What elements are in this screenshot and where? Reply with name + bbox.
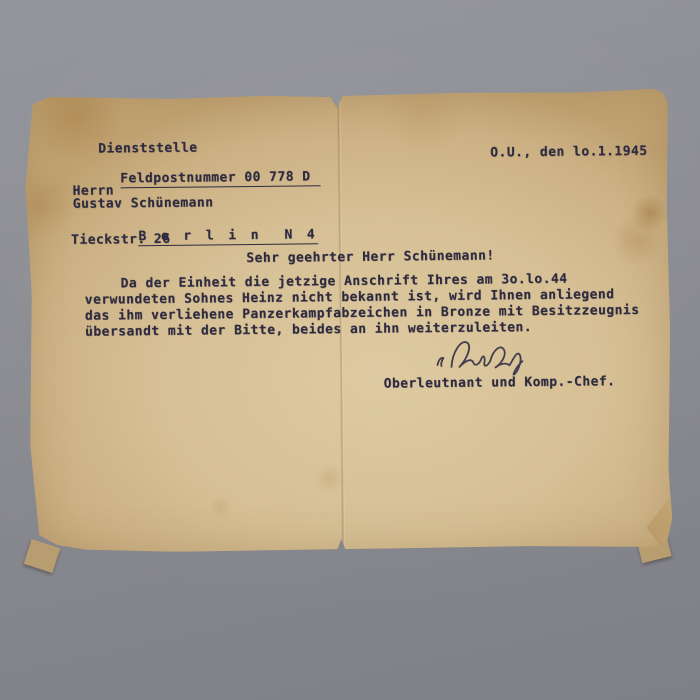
sender-fieldpost-number: Feldpostnummer 00 778 D bbox=[120, 169, 321, 188]
salutation: Sehr geehrter Herr Schünemann! bbox=[246, 249, 494, 266]
signoff-rank: Oberleutnant und Komp.-Chef. bbox=[384, 375, 616, 391]
folded-corner-flap-bottom-left bbox=[24, 539, 61, 573]
dateline: O.U., den lo.1.1945 bbox=[490, 145, 647, 161]
photo-backdrop: Dienststelle Feldpostnummer 00 778 D Her… bbox=[0, 0, 700, 700]
recipient-street: Tieckstr. 26 bbox=[71, 233, 170, 248]
recipient-name: Gustav Schünemann bbox=[73, 196, 214, 211]
body-line: das ihm verliehene Panzerkampfabzeichen … bbox=[85, 304, 640, 324]
sender-office-line: Dienststelle bbox=[98, 142, 197, 157]
letter-document: Dienststelle Feldpostnummer 00 778 D Her… bbox=[23, 89, 673, 556]
handwritten-signature-icon bbox=[425, 333, 540, 376]
corner-fold-shading-bottom-right bbox=[624, 495, 673, 549]
